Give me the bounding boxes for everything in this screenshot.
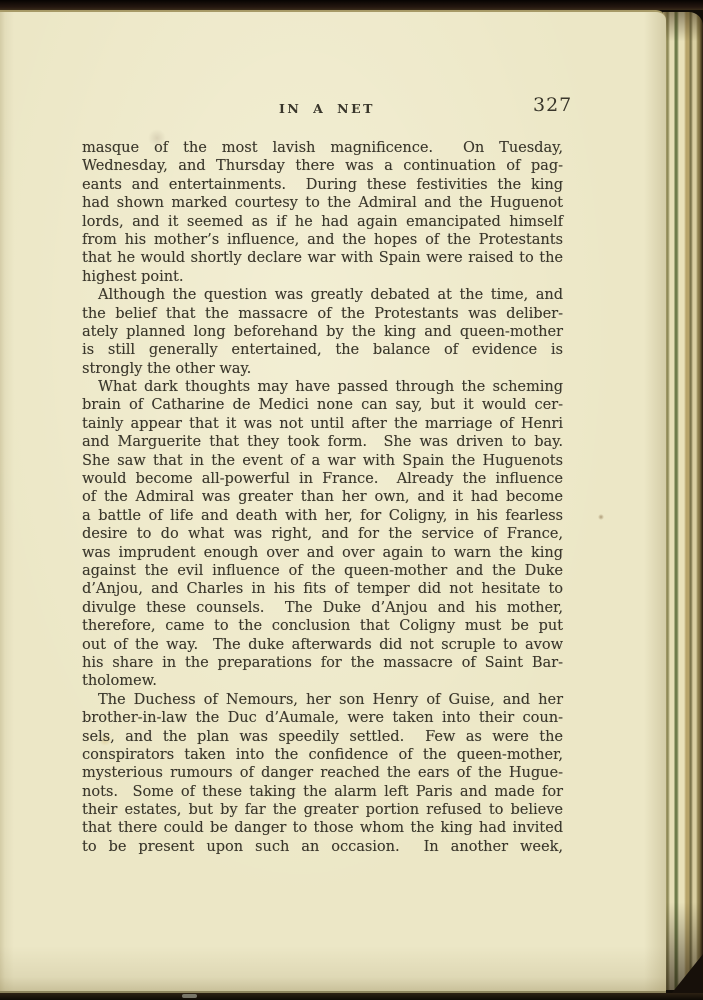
text-line: mysterious rumours of danger reached the… [82, 764, 563, 782]
text-line: that he would shortly declare war with S… [82, 249, 563, 267]
text-line: eants and entertainments. During these f… [82, 176, 563, 194]
text-line: sels, and the plan was speedily settled.… [82, 728, 563, 746]
paragraph: The Duchess of Nemours, her son Henry of… [82, 691, 563, 857]
scan-top-border [0, 0, 703, 10]
text-line: that there could be danger to those whom… [82, 819, 563, 837]
text-line: of the Admiral was greater than her own,… [82, 488, 563, 506]
body-text: masque of the most lavish magnificence. … [82, 139, 563, 856]
paragraph: masque of the most lavish magnificence. … [82, 139, 563, 286]
text-line: The Duchess of Nemours, her son Henry of… [82, 691, 563, 709]
book-page-edges [663, 12, 703, 990]
text-line: Wednesday, and Thursday there was a cont… [82, 157, 563, 175]
paragraph: Although the question was greatly debate… [82, 286, 563, 378]
text-line: is still generally entertained, the bala… [82, 341, 563, 359]
paragraph: What dark thoughts may have passed throu… [82, 378, 563, 691]
text-line: lords, and it seemed as if he had again … [82, 213, 563, 231]
book-page: IN A NET 327 masque of the most lavish m… [0, 10, 666, 993]
running-title: IN A NET [279, 101, 375, 116]
text-line: desire to do what was right, and for the… [82, 525, 563, 543]
text-line: ately planned long beforehand by the kin… [82, 323, 563, 341]
text-line: conspirators taken into the confidence o… [82, 746, 563, 764]
text-line: would become all-powerful in France. Alr… [82, 470, 563, 488]
text-line: against the evil influence of the queen-… [82, 562, 563, 580]
text-line: to be present upon such an occasion. In … [82, 838, 563, 856]
text-line: the belief that the massacre of the Prot… [82, 305, 563, 323]
text-line: nots. Some of these taking the alarm lef… [82, 783, 563, 801]
text-line: and Marguerite that they took form. She … [82, 433, 563, 451]
text-line: masque of the most lavish magnificence. … [82, 139, 563, 157]
text-line: tainly appear that it was not until afte… [82, 415, 563, 433]
bottom-border-mark [182, 994, 197, 998]
text-line: their estates, but by far the greater po… [82, 801, 563, 819]
text-line: brother-in-law the Duc d’Aumale, were ta… [82, 709, 563, 727]
text-line: divulge these counsels. The Duke d’Anjou… [82, 599, 563, 617]
scan-bottom-border [0, 993, 703, 1000]
text-line: tholomew. [82, 672, 563, 690]
text-line: What dark thoughts may have passed throu… [82, 378, 563, 396]
text-line: She saw that in the event of a war with … [82, 452, 563, 470]
text-line: d’Anjou, and Charles in his fits of temp… [82, 580, 563, 598]
text-line: from his mother’s influence, and the hop… [82, 231, 563, 249]
text-line: therefore, came to the conclusion that C… [82, 617, 563, 635]
text-line: was imprudent enough over and over again… [82, 544, 563, 562]
text-line: strongly the other way. [82, 360, 563, 378]
text-line: a battle of life and death with her, for… [82, 507, 563, 525]
page-number: 327 [533, 94, 572, 116]
text-line: highest point. [82, 268, 563, 286]
text-line: out of the way. The duke afterwards did … [82, 636, 563, 654]
text-line: Although the question was greatly debate… [82, 286, 563, 304]
text-line: brain of Catharine de Medici none can sa… [82, 396, 563, 414]
book-scan: IN A NET 327 masque of the most lavish m… [0, 0, 703, 1000]
text-line: his share in the preparations for the ma… [82, 654, 563, 672]
text-line: had shown marked courtesy to the Admiral… [82, 194, 563, 212]
